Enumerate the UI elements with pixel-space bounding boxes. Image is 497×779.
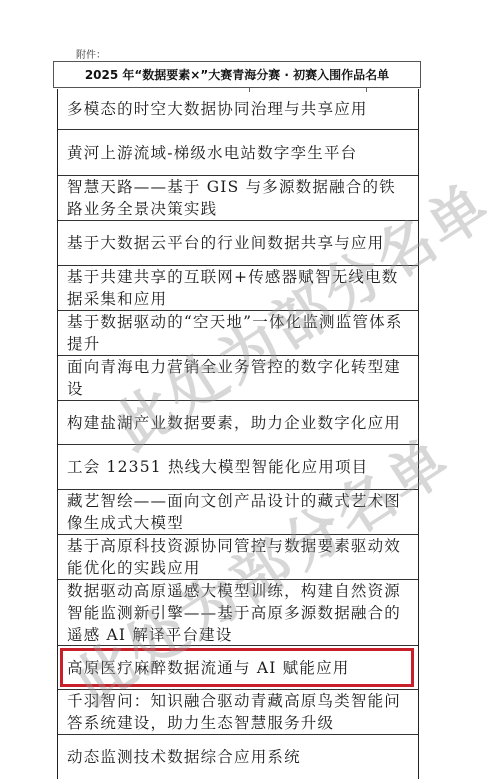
table-row: 面向青海电力营销全业务管控的数字化转型建设 xyxy=(58,356,418,401)
table-row: 多模态的时空大数据协同治理与共享应用 xyxy=(58,89,418,130)
table-row: 工会 12351 热线大模型智能化应用项目 xyxy=(58,445,418,490)
entry-name: 基于大数据云平台的行业间数据共享与应用 xyxy=(67,232,384,254)
entry-name: 动态监测技术数据综合应用系统 xyxy=(67,746,301,768)
table-row: 构建盐湖产业数据要素，助力企业数字化应用 xyxy=(58,401,418,445)
table-row: 智慧天路——基于 GIS 与多源数据融合的铁路业务全景决策实践 xyxy=(58,176,418,221)
table-row: 基于数据驱动的“空天地”一体化监测监管体系提升 xyxy=(58,311,418,356)
entry-name: 智慧天路——基于 GIS 与多源数据融合的铁路业务全景决策实践 xyxy=(67,176,410,220)
entry-name: 藏艺智绘——面向文创产品设计的藏式艺术图像生成式大模型 xyxy=(67,490,410,534)
attachment-label: 附件： xyxy=(76,46,106,61)
entry-name: 黄河上游流域-梯级水电站数字孪生平台 xyxy=(67,142,357,164)
table-row: 基于共建共享的互联网+传感器赋智无线电数据采集和应用 xyxy=(58,266,418,311)
table-row: 藏艺智绘——面向文创产品设计的藏式艺术图像生成式大模型 xyxy=(58,490,418,535)
entry-name: 多模态的时空大数据协同治理与共享应用 xyxy=(67,98,368,120)
entry-name: 面向青海电力营销全业务管控的数字化转型建设 xyxy=(67,356,410,400)
entry-name: 基于共建共享的互联网+传感器赋智无线电数据采集和应用 xyxy=(67,266,410,310)
table-row: 基于高原科技资源协同管控与数据要素驱动效能优化的实践应用 xyxy=(58,535,418,580)
entries-table: 多模态的时空大数据协同治理与共享应用 黄河上游流域-梯级水电站数字孪生平台 智慧… xyxy=(57,89,419,779)
table-row: 基于大数据云平台的行业间数据共享与应用 xyxy=(58,221,418,266)
list-title: 2025 年“数据要素×”大赛青海分赛 · 初赛入围作品名单 xyxy=(85,66,389,83)
entry-name: 工会 12351 热线大模型智能化应用项目 xyxy=(67,456,368,478)
entry-name: 构建盐湖产业数据要素，助力企业数字化应用 xyxy=(67,412,401,434)
table-row: 千羽智问：知识融合驱动青藏高原鸟类智能问答系统建设，助力生态智慧服务升级 xyxy=(58,690,418,735)
entry-name: 千羽智问：知识融合驱动青藏高原鸟类智能问答系统建设，助力生态智慧服务升级 xyxy=(67,690,410,734)
table-row-highlighted: 高原医疗麻醉数据流通与 AI 赋能应用 xyxy=(58,646,418,690)
entry-name: 数据驱动高原遥感大模型训练，构建自然资源智能监测新引擎——基于高原多源数据融合的… xyxy=(67,580,410,646)
table-row: 黄河上游流域-梯级水电站数字孪生平台 xyxy=(58,130,418,176)
entry-name: 高原医疗麻醉数据流通与 AI 赋能应用 xyxy=(67,657,349,679)
table-row: 动态监测技术数据综合应用系统 xyxy=(58,735,418,779)
entry-name: 基于高原科技资源协同管控与数据要素驱动效能优化的实践应用 xyxy=(67,535,410,579)
entry-name: 基于数据驱动的“空天地”一体化监测监管体系提升 xyxy=(67,311,410,355)
list-title-box: 2025 年“数据要素×”大赛青海分赛 · 初赛入围作品名单 xyxy=(53,61,421,88)
table-row: 数据驱动高原遥感大模型训练，构建自然资源智能监测新引擎——基于高原多源数据融合的… xyxy=(58,580,418,646)
